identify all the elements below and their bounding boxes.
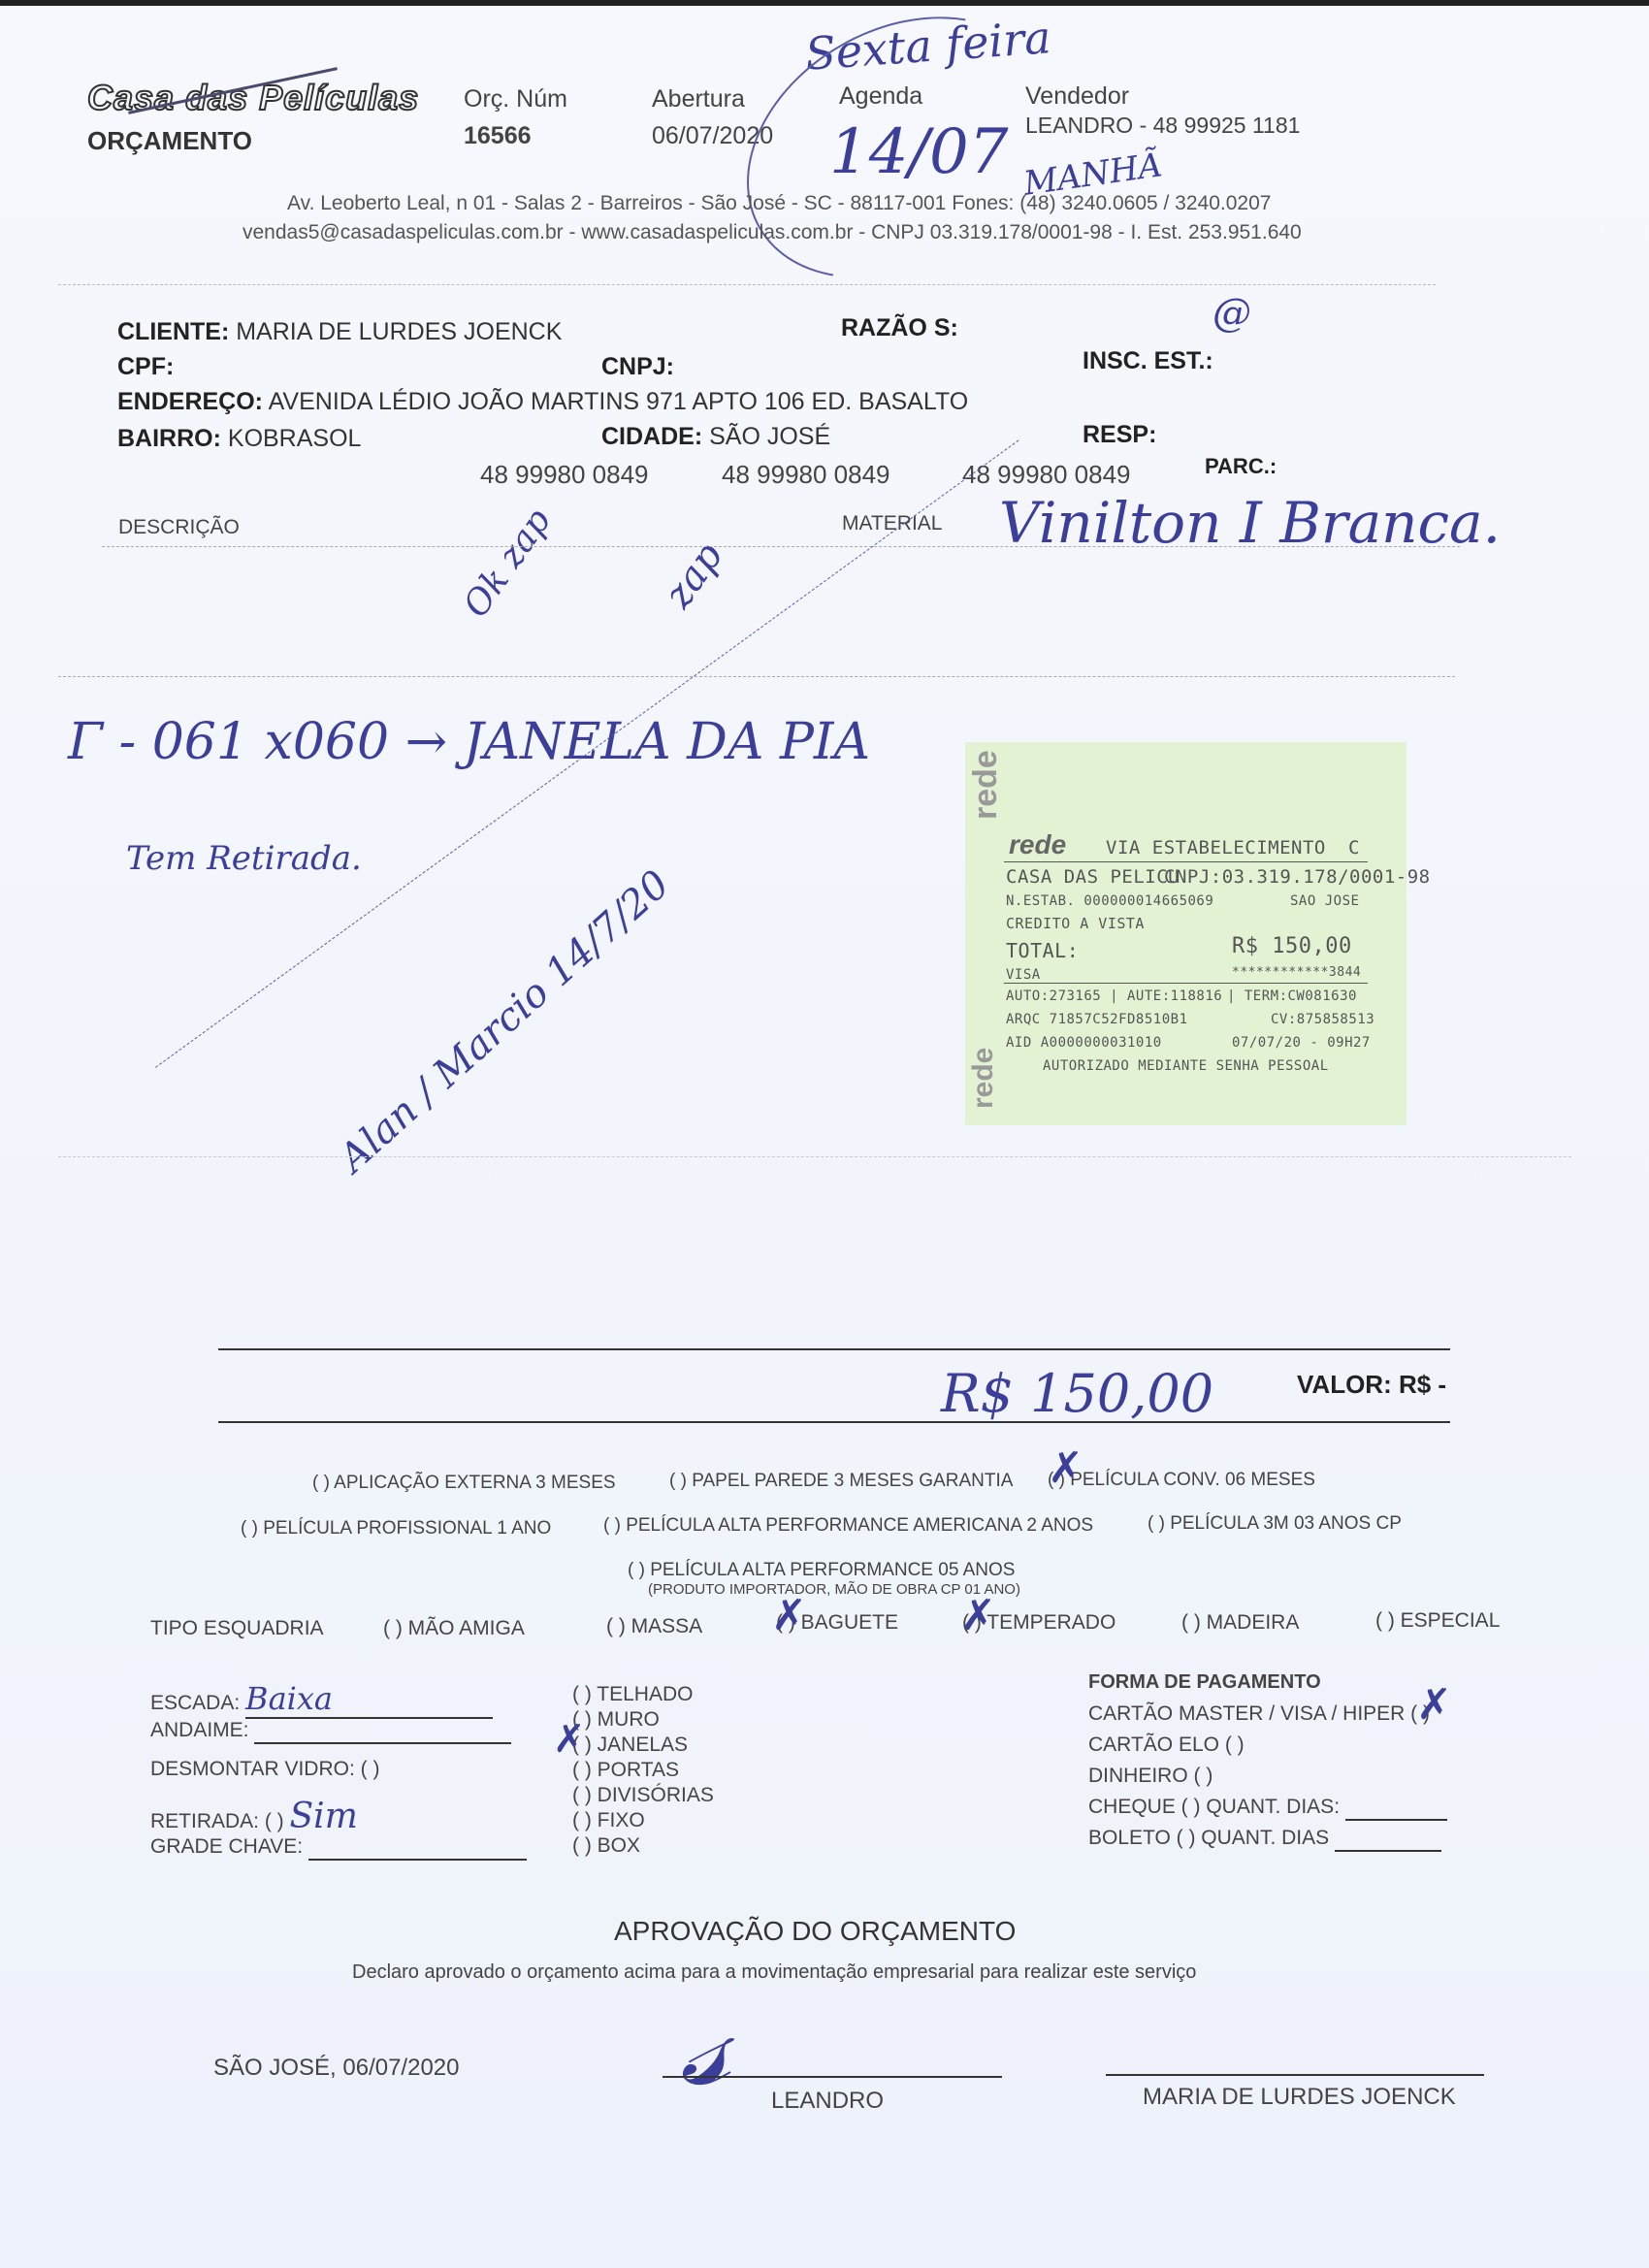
resp-label: RESP: <box>1083 421 1156 448</box>
approval-title: APROVAÇÃO DO ORÇAMENTO <box>614 1916 1016 1947</box>
service-option[interactable]: ( ) APLICAÇÃO EXTERNA 3 MESES <box>312 1473 616 1494</box>
client-name: MARIA DE LURDES JOENCK <box>236 318 562 345</box>
check-mark-icon: ✗ <box>960 1591 996 1640</box>
budget-document: Casa das Películas ORÇAMENTO Orç. Núm 16… <box>0 0 1649 2268</box>
frame-option[interactable]: ( ) MÃO AMIGA <box>383 1617 525 1640</box>
payment-option[interactable]: DINHEIRO ( ) <box>1088 1765 1212 1788</box>
client-row: CLIENTE: MARIA DE LURDES JOENCK <box>117 318 562 346</box>
city-row: CIDADE: SÃO JOSÉ <box>601 423 830 451</box>
receipt-merchant: CASA DAS PELICU <box>1006 866 1180 888</box>
approval-statement: Declaro aprovado o orçamento acima para … <box>352 1961 1196 1984</box>
parc-label: PARC.: <box>1205 454 1277 478</box>
location-option[interactable]: ( ) BOX <box>572 1834 640 1858</box>
seller-signature: 𝓈 <box>670 1965 754 2122</box>
location-option[interactable]: ( ) DIVISÓRIAS <box>572 1784 714 1807</box>
client-signature-line[interactable] <box>1106 2074 1484 2076</box>
service-option-checked[interactable]: ( ) PELÍCULA CONV. 06 MESES <box>1048 1470 1315 1491</box>
cpf-label: CPF: <box>117 353 174 380</box>
card-receipt: rede rede rede VIA ESTABELECIMENTO C CAS… <box>965 742 1406 1125</box>
grid-key-field: GRADE CHAVE: <box>150 1835 527 1861</box>
scribble-mark: @ <box>1212 291 1251 336</box>
payment-title: FORMA DE PAGAMENTO <box>1088 1671 1321 1694</box>
divider <box>58 284 1436 285</box>
measure-note-handwritten: Γ - 061 x060 → JANELA DA PIA <box>68 713 870 771</box>
payment-option[interactable]: CARTÃO ELO ( ) <box>1088 1733 1245 1757</box>
description-label: DESCRIÇÃO <box>118 516 240 539</box>
frame-type-label: TIPO ESQUADRIA <box>150 1617 324 1640</box>
service-option[interactable]: ( ) PELÍCULA PROFISSIONAL 1 ANO <box>241 1518 551 1539</box>
divider <box>102 546 1460 547</box>
company-contact: vendas5@casadaspeliculas.com.br - www.ca… <box>242 221 1302 244</box>
removal-field[interactable]: RETIRADA: ( ) Sim <box>150 1797 358 1836</box>
removal-value: Sim <box>290 1797 358 1836</box>
service-option[interactable]: ( ) PELÍCULA ALTA PERFORMANCE AMERICANA … <box>603 1515 1093 1537</box>
frame-option[interactable]: ( ) MASSA <box>606 1615 702 1638</box>
receipt-auth: AUTO:273165 | AUTE:118816 <box>1006 988 1222 1004</box>
check-mark-icon: ✗ <box>771 1591 807 1640</box>
rede-logo-side: rede <box>967 1048 1000 1109</box>
budget-number-label: Orç. Núm <box>464 85 567 113</box>
location-option[interactable]: ( ) PORTAS <box>572 1759 679 1782</box>
address-row: ENDEREÇO: AVENIDA LÉDIO JOÃO MARTINS 971… <box>117 388 968 416</box>
payment-option[interactable]: CHEQUE ( ) QUANT. DIAS: <box>1088 1796 1447 1821</box>
company-address: Av. Leoberto Leal, n 01 - Salas 2 - Barr… <box>287 192 1271 215</box>
ladder-value: Baixa <box>245 1680 333 1717</box>
receipt-total-label: TOTAL: <box>1006 939 1079 962</box>
service-option[interactable]: ( ) PELÍCULA 3M 03 ANOS CP <box>1148 1513 1402 1535</box>
client-city: SÃO JOSÉ <box>709 423 830 450</box>
receipt-arqc: ARQC 71857C52FD8510B1 <box>1006 1012 1188 1027</box>
handwritten-amount: R$ 150,00 <box>941 1363 1213 1424</box>
value-label: VALOR: R$ - <box>1297 1370 1446 1399</box>
place-date: SÃO JOSÉ, 06/07/2020 <box>213 2055 460 2082</box>
location-option[interactable]: ( ) TELHADO <box>572 1683 693 1706</box>
opening-label: Abertura <box>652 85 745 113</box>
razao-label: RAZÃO S: <box>841 314 958 341</box>
ladder-field: ESCADA: Baixa <box>150 1680 493 1719</box>
scan-edge <box>0 0 1649 6</box>
receipt-city: SAO JOSE <box>1290 893 1359 909</box>
service-option[interactable]: ( ) PELÍCULA ALTA PERFORMANCE 05 ANOS <box>628 1560 1015 1581</box>
fold-line <box>58 1156 1571 1157</box>
rede-logo: rede <box>1009 829 1066 860</box>
client-district: KOBRASOL <box>228 425 362 452</box>
check-mark-icon: ✗ <box>1416 1680 1452 1730</box>
value-line-bottom <box>218 1421 1450 1423</box>
receipt-header: VIA ESTABELECIMENTO <box>1106 837 1326 859</box>
receipt-cnpj: CNPJ:03.319.178/0001-98 <box>1164 866 1431 888</box>
receipt-aid: AID A0000000031010 <box>1006 1035 1162 1051</box>
seller-signature-name: LEANDRO <box>771 2088 884 2115</box>
disassemble-field[interactable]: DESMONTAR VIDRO: ( ) <box>150 1758 379 1781</box>
location-option[interactable]: ( ) FIXO <box>572 1809 645 1832</box>
receipt-header-code: C <box>1348 837 1360 859</box>
district-row: BAIRRO: KOBRASOL <box>117 425 361 453</box>
receipt-footer: AUTORIZADO MEDIANTE SENHA PESSOAL <box>1043 1058 1329 1074</box>
check-mark-icon: ✗ <box>553 1717 586 1762</box>
receipt-card-brand: VISA <box>1006 967 1041 983</box>
zap-note-1: Ok zap <box>456 502 559 625</box>
cnpj-label: CNPJ: <box>601 353 674 380</box>
check-mark-icon: ✗ <box>1048 1443 1083 1493</box>
receipt-type: CREDITO A VISTA <box>1006 915 1145 932</box>
insc-est-label: INSC. EST.: <box>1083 347 1213 374</box>
client-phone-3: 48 99980 0849 <box>962 460 1131 490</box>
receipt-term: | TERM:CW081630 <box>1227 988 1357 1004</box>
seller-signature-line <box>663 2076 1002 2078</box>
value-line-top <box>218 1348 1450 1350</box>
seller-label: Vendedor <box>1025 82 1129 111</box>
client-phone-2: 48 99980 0849 <box>722 460 890 490</box>
service-option[interactable]: ( ) PAPEL PAREDE 3 MESES GARANTIA <box>669 1471 1013 1492</box>
scaffold-field: ANDAIME: <box>150 1719 511 1744</box>
seller: LEANDRO - 48 99925 1181 <box>1025 113 1300 139</box>
payment-option-checked[interactable]: CARTÃO MASTER / VISA / HIPER ( ) <box>1088 1702 1430 1726</box>
receipt-cv: CV:875858513 <box>1271 1012 1374 1027</box>
receipt-estab: N.ESTAB. 000000014665069 <box>1006 893 1213 909</box>
frame-option[interactable]: ( ) ESPECIAL <box>1375 1609 1500 1633</box>
divider <box>58 676 1455 677</box>
location-option-checked[interactable]: ( ) JANELAS <box>572 1733 688 1757</box>
frame-option[interactable]: ( ) MADEIRA <box>1181 1611 1299 1635</box>
client-phone-1: 48 99980 0849 <box>480 460 649 490</box>
payment-option[interactable]: BOLETO ( ) QUANT. DIAS <box>1088 1827 1441 1852</box>
receipt-card-number: ************3844 <box>1232 965 1361 980</box>
document-type: ORÇAMENTO <box>87 126 252 156</box>
receipt-datetime: 07/07/20 - 09H27 <box>1232 1035 1371 1051</box>
receipt-total: R$ 150,00 <box>1232 934 1352 958</box>
budget-number: 16566 <box>464 122 532 150</box>
rede-logo-side: rede <box>967 750 1005 820</box>
client-signature-name: MARIA DE LURDES JOENCK <box>1143 2084 1456 2111</box>
removal-note-handwritten: Tem Retirada. <box>126 839 362 878</box>
signoff-handwritten: Alan / Marcio 14/7/20 <box>331 862 678 1182</box>
client-address: AVENIDA LÉDIO JOÃO MARTINS 971 APTO 106 … <box>269 388 969 415</box>
